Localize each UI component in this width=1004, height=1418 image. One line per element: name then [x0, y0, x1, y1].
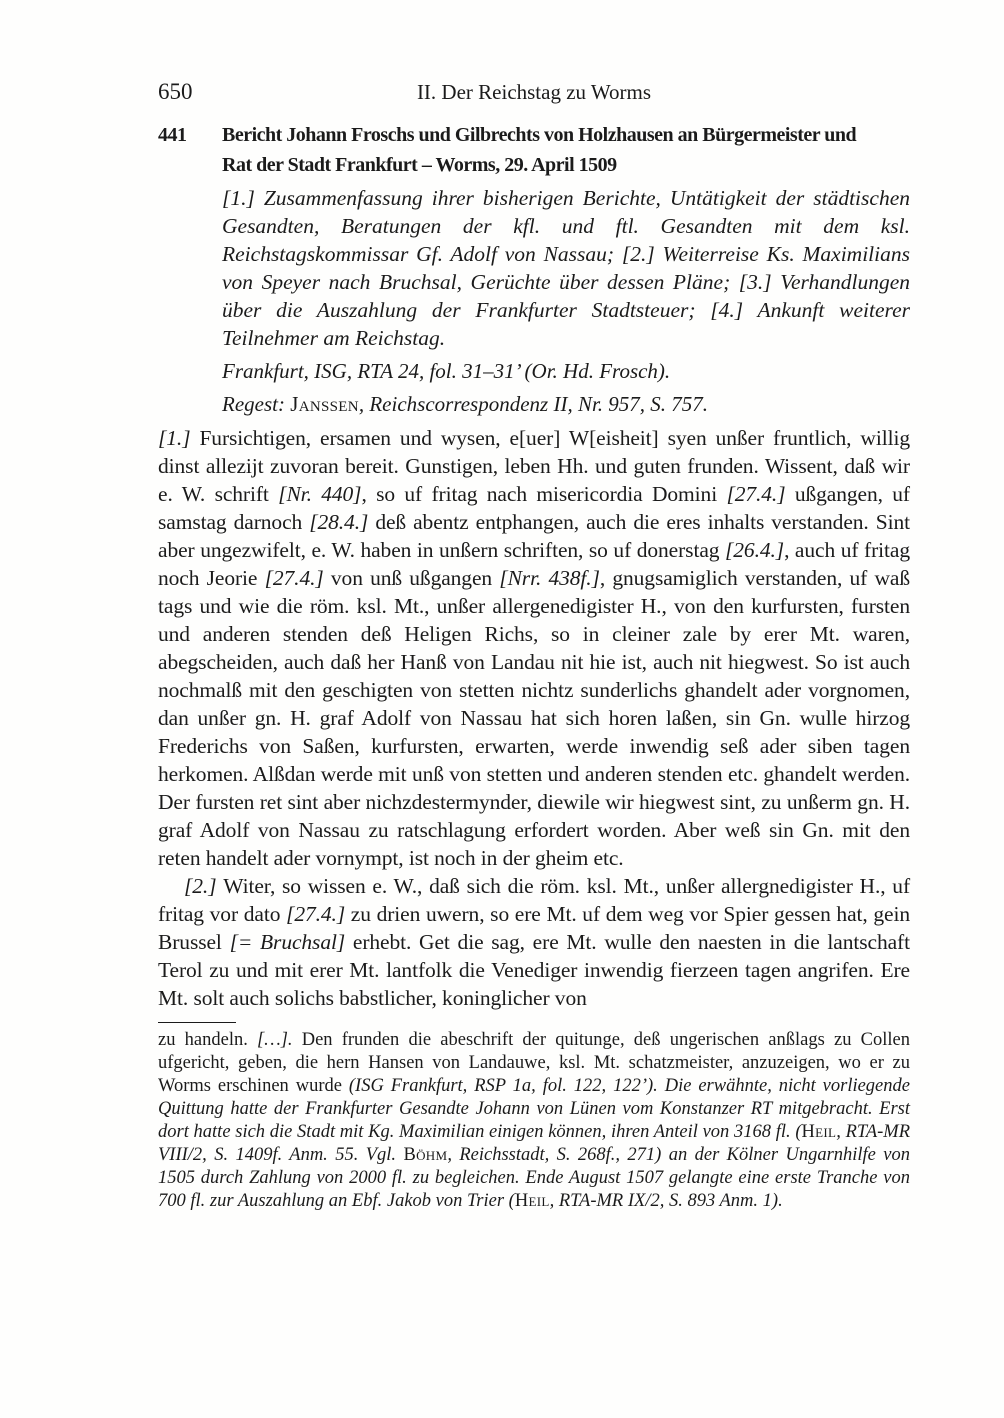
running-header-title: II. Der Reichstag zu Worms	[158, 78, 910, 106]
entry-summary: [1.] Zusammenfassung ihrer bisherigen Be…	[222, 184, 910, 352]
book-page: 650 II. Der Reichstag zu Worms 441 Beric…	[0, 0, 1004, 1418]
page-number: 650	[158, 78, 193, 106]
entry-title-line-1: Bericht Johann Froschs und Gilbrechts vo…	[222, 120, 910, 150]
entry-source-line: Frankfurt, ISG, RTA 24, fol. 31–31’ (Or.…	[222, 357, 910, 385]
entry-441: 441 Bericht Johann Froschs und Gilbrecht…	[158, 120, 910, 1213]
body-paragraph-2: [2.] Witer, so wissen e. W., daß sich di…	[158, 872, 910, 1012]
footnote-text: zu handeln. […]. Den frunden die abeschr…	[158, 1029, 910, 1213]
entry-heading: 441 Bericht Johann Froschs und Gilbrecht…	[158, 120, 910, 180]
body-paragraph-1: [1.] Fursichtigen, ersamen und wysen, e[…	[158, 424, 910, 872]
running-header: 650 II. Der Reichstag zu Worms	[158, 78, 910, 108]
entry-title: Bericht Johann Froschs und Gilbrechts vo…	[222, 120, 910, 180]
footnote-separator-rule	[158, 1022, 236, 1023]
entry-title-line-2: Rat der Stadt Frankfurt – Worms, 29. Apr…	[222, 150, 910, 180]
footnote-section: zu handeln. […]. Den frunden die abeschr…	[158, 1022, 910, 1213]
entry-regest-line: Regest: Janssen, Reichscorrespondenz II,…	[222, 390, 910, 418]
entry-number: 441	[158, 120, 187, 150]
